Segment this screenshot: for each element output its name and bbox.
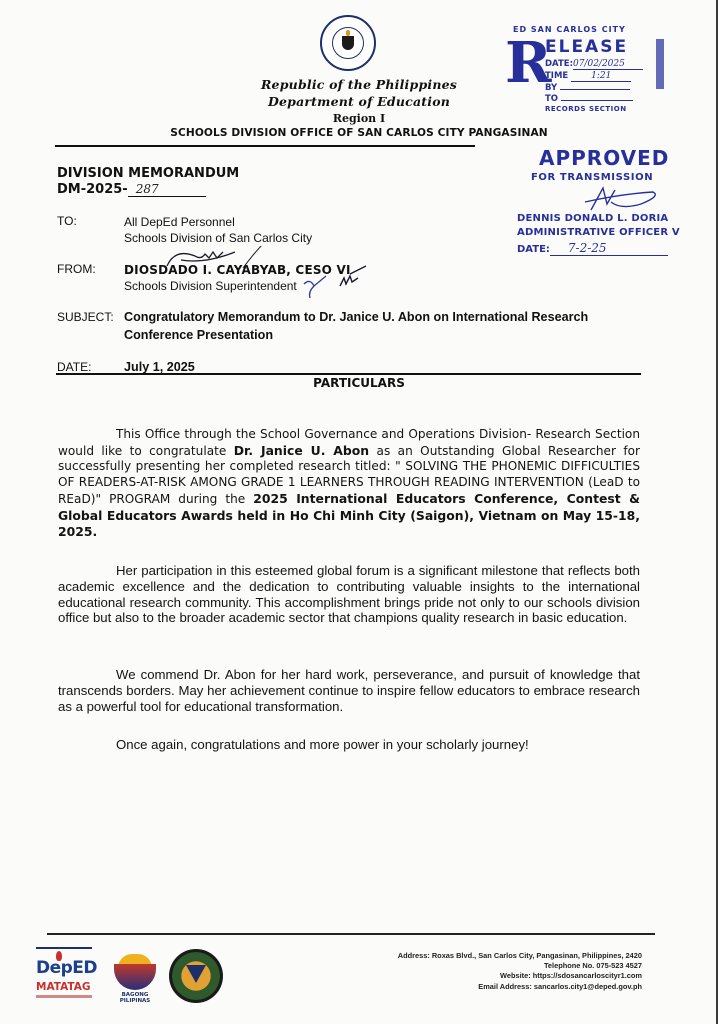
released-date-value: 07/02/2025 xyxy=(573,59,643,70)
body-paragraph-3: We commend Dr. Abon for her hard work, p… xyxy=(58,667,640,714)
released-stamp-bottom: RECORDS SECTION xyxy=(545,105,627,113)
date-divider xyxy=(56,373,641,375)
header-office: SCHOOLS DIVISION OFFICE OF SAN CARLOS CI… xyxy=(0,127,718,139)
subject-text: Congratulatory Memorandum to Dr. Janice … xyxy=(124,308,644,344)
released-stamp-title: ELEASE xyxy=(545,37,628,57)
subject-line: Conference Presentation xyxy=(124,326,644,344)
deped-matatag-logo: DepED MATATAG xyxy=(34,947,96,1003)
memo-type: DIVISION MEMORANDUM xyxy=(57,166,239,181)
header-divider xyxy=(55,145,475,147)
released-time-label: TIME xyxy=(545,71,568,81)
matatag-wordmark: MATATAG xyxy=(36,981,91,993)
memo-number-prefix: DM-2025- xyxy=(57,182,128,197)
approver-role: ADMINISTRATIVE OFFICER V xyxy=(517,227,680,238)
p3-text: We commend Dr. Abon for her hard work, p… xyxy=(58,667,640,714)
section-heading: PARTICULARS xyxy=(0,376,718,390)
footer-divider xyxy=(47,933,655,935)
to-line: Schools Division of San Carlos City xyxy=(124,230,312,246)
subject-label: SUBJECT: xyxy=(57,310,114,324)
footer-telephone: Telephone No. 075-523 4527 xyxy=(380,961,642,971)
footer-contact: Address: Roxas Blvd., San Carlos City, P… xyxy=(380,951,642,992)
footer-address: Address: Roxas Blvd., San Carlos City, P… xyxy=(380,951,642,961)
sdo-san-carlos-seal xyxy=(169,949,223,1003)
released-by-value xyxy=(560,89,630,90)
approver-name: DENNIS DONALD L. DORIA xyxy=(517,213,668,224)
honoree-name: Dr. Janice U. Abon xyxy=(234,443,369,458)
released-to-value xyxy=(561,100,633,101)
body-paragraph-1: This Office through the School Governanc… xyxy=(58,427,640,541)
body-paragraph-2: Her participation in this esteemed globa… xyxy=(58,563,640,626)
deped-seal-icon xyxy=(320,15,376,71)
from-label: FROM: xyxy=(57,262,96,276)
bagong-pilipinas-logo: BAGONG PILIPINAS xyxy=(110,950,160,1002)
approved-subtitle: FOR TRANSMISSION xyxy=(531,172,653,183)
footer-email[interactable]: Email Address: sancarlos.city1@deped.gov… xyxy=(380,982,642,992)
initials-icon xyxy=(300,262,370,302)
memo-number: DM-2025-287 xyxy=(57,182,206,197)
stamp-bar xyxy=(656,39,664,89)
approved-date-value: 7-2-25 xyxy=(550,241,668,256)
memo-number-value: 287 xyxy=(128,182,206,197)
to-label: TO: xyxy=(57,214,77,228)
p2-text: Her participation in this esteemed globa… xyxy=(58,563,640,625)
released-stamp: ED SAN CARLOS CITY R ELEASE DATE:07/02/2… xyxy=(493,25,668,117)
released-to-label: TO xyxy=(545,94,558,104)
flame-icon xyxy=(56,951,62,961)
footer-website[interactable]: Website: https://sdosancarloscityr1.com xyxy=(380,971,642,981)
to-line: All DepEd Personnel xyxy=(124,214,312,230)
released-date-label: DATE: xyxy=(545,59,573,69)
mountain-icon xyxy=(114,964,156,990)
subject-line: Congratulatory Memorandum to Dr. Janice … xyxy=(124,308,644,326)
approver-signature-icon xyxy=(581,184,661,212)
bagong-pilipinas-caption: BAGONG PILIPINAS xyxy=(108,992,162,1004)
released-time-value: 1:21 xyxy=(571,71,631,82)
date-label: DATE: xyxy=(57,360,91,374)
p4-text: Once again, congratulations and more pow… xyxy=(116,737,529,752)
deped-wordmark: DepED xyxy=(36,958,97,978)
approved-date-label: DATE: xyxy=(517,244,550,255)
released-by-label: BY xyxy=(545,83,557,93)
body-paragraph-4: Once again, congratulations and more pow… xyxy=(58,737,640,753)
approved-title: APPROVED xyxy=(539,146,669,170)
to-recipients: All DepEd Personnel Schools Division of … xyxy=(124,214,312,246)
